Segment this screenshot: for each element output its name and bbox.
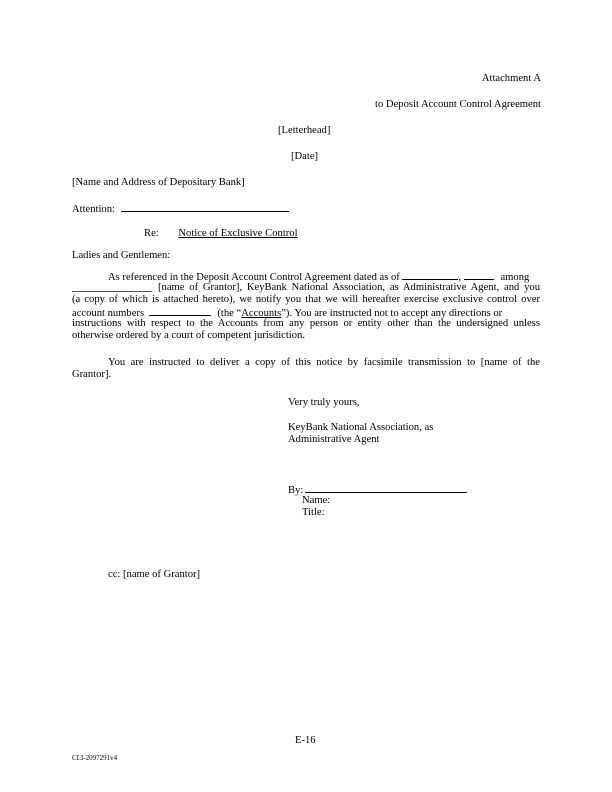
paragraph-2: You are instructed to deliver a copy of … [72, 357, 540, 381]
re-subject: Notice of Exclusive Control [178, 228, 297, 239]
p2-line-2: Grantor]. [72, 369, 540, 381]
re-line: Re: Notice of Exclusive Control [144, 228, 298, 240]
attention-label: Attention: [72, 204, 115, 215]
attention-blank [121, 202, 289, 212]
letterhead-placeholder: [Letterhead] [278, 125, 330, 137]
grantor-blank [72, 282, 152, 292]
account-numbers-blank [149, 306, 211, 316]
re-label: Re: [144, 228, 159, 239]
salutation: Ladies and Gentlemen: [72, 250, 170, 262]
p2-line-1: You are instructed to deliver a copy of … [72, 357, 540, 369]
date-blank-2 [464, 270, 494, 280]
p1-line-2: [name of Grantor], KeyBank National Asso… [72, 282, 540, 294]
date-placeholder: [Date] [291, 151, 318, 163]
valediction: Very truly yours, [288, 397, 360, 409]
date-blank-1 [402, 270, 458, 280]
document-id: CLI-2097291v4 [72, 752, 117, 764]
p1-line-4: account numbers (the “Accounts”). You ar… [72, 306, 540, 318]
title-label: Title: [302, 507, 325, 519]
attention-line: Attention: [72, 202, 289, 216]
signatory-line-2: Administrative Agent [288, 434, 380, 446]
p1-line-6: otherwise ordered by a court of competen… [72, 330, 540, 342]
paragraph-1: As referenced in the Deposit Account Con… [72, 270, 540, 342]
p1-line-5: instructions with respect to the Account… [72, 318, 540, 330]
name-label: Name: [302, 495, 330, 507]
p1-line-1: As referenced in the Deposit Account Con… [72, 270, 540, 282]
cc-line: cc: [name of Grantor] [108, 569, 200, 581]
attachment-subtitle: to Deposit Account Control Agreement [375, 99, 541, 111]
addressee: [Name and Address of Depositary Bank] [72, 177, 245, 189]
attachment-label: Attachment A [482, 73, 541, 85]
p1-line-3: (a copy of which is attached hereto), we… [72, 294, 540, 306]
signature-blank [305, 483, 467, 493]
page-number: E-16 [295, 735, 316, 747]
signatory-line-1: KeyBank National Association, as [288, 422, 433, 434]
